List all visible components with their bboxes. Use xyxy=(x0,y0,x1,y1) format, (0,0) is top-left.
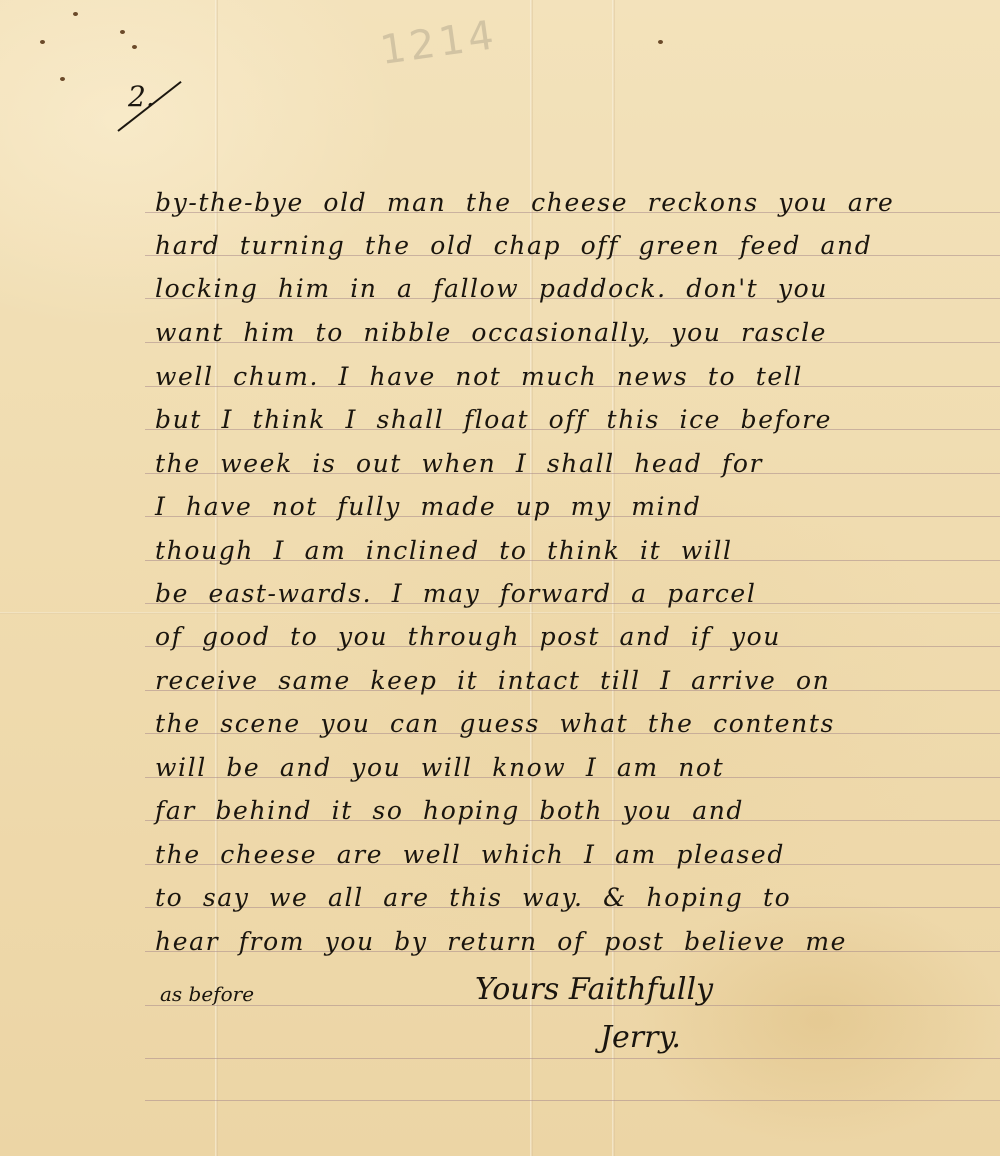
pin-hole xyxy=(658,40,663,44)
letter-line: locking him in a fallow paddock. don't y… xyxy=(155,274,990,303)
fold-line-horizontal xyxy=(0,612,1000,614)
letter-line: receive same keep it intact till I arriv… xyxy=(155,666,990,695)
pencil-mark: 1214 xyxy=(377,12,500,74)
letter-line: of good to you through post and if you xyxy=(155,622,990,651)
letter-paper: 1214 2. by-the-bye old man the cheese re… xyxy=(0,0,1000,1156)
letter-line: by-the-bye old man the cheese reckons yo… xyxy=(155,188,990,217)
letter-line: well chum. I have not much news to tell xyxy=(155,362,990,391)
letter-line: far behind it so hoping both you and xyxy=(155,796,990,825)
letter-line: but I think I shall float off this ice b… xyxy=(155,405,990,434)
pin-hole xyxy=(73,12,78,16)
letter-line: the week is out when I shall head for xyxy=(155,449,990,478)
letter-line: hear from you by return of post believe … xyxy=(155,927,990,956)
letter-line: will be and you will know I am not xyxy=(155,753,990,782)
page-number: 2. xyxy=(128,80,155,113)
letter-line: be east-wards. I may forward a parcel xyxy=(155,579,990,608)
pin-hole xyxy=(132,45,137,49)
pin-hole xyxy=(60,77,65,81)
signature: Jerry. xyxy=(600,1020,681,1055)
ruled-line xyxy=(145,1058,1000,1059)
pin-hole xyxy=(40,40,45,44)
valediction: Yours Faithfully xyxy=(475,972,713,1007)
letter-line: to say we all are this way. & hoping to xyxy=(155,883,990,912)
letter-line: the cheese are well which I am pleased xyxy=(155,840,990,869)
pin-hole xyxy=(120,30,125,34)
letter-line: hard turning the old chap off green feed… xyxy=(155,231,990,260)
letter-line: want him to nibble occasionally, you ras… xyxy=(155,318,990,347)
letter-line: though I am inclined to think it will xyxy=(155,536,990,565)
ruled-line xyxy=(145,1100,1000,1101)
letter-line: the scene you can guess what the content… xyxy=(155,709,990,738)
letter-line: I have not fully made up my mind xyxy=(155,492,990,521)
continuation-text: as before xyxy=(160,982,254,1006)
